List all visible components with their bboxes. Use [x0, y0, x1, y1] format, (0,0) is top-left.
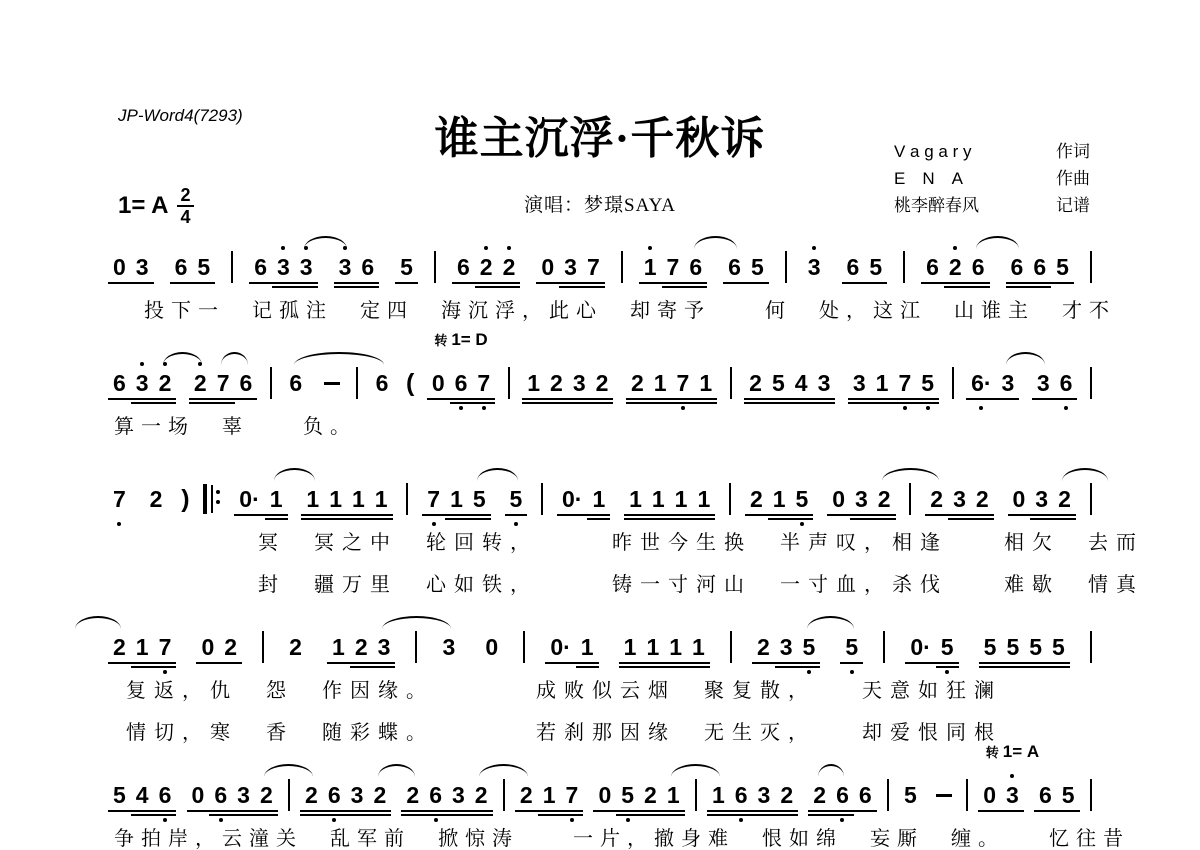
note: 5: [791, 486, 814, 512]
note: 6: [235, 370, 258, 396]
note: 2: [944, 254, 967, 280]
note: 2: [515, 782, 538, 808]
beam-group: 0·5: [905, 634, 958, 660]
note: 0: [108, 254, 131, 280]
note: 7: [893, 370, 916, 396]
slur: [75, 616, 121, 629]
credit-row: V a g a r y 作词: [894, 138, 1090, 165]
octave-dot-below: [432, 522, 436, 526]
notation-row: 036563336562203717665365626665: [108, 250, 1092, 284]
beam-group: 217: [515, 782, 583, 808]
note: 7: [672, 370, 695, 396]
beam-group: 2543: [744, 370, 835, 396]
barline: [406, 483, 408, 515]
note: 1: [687, 634, 710, 660]
note: 1: [664, 634, 687, 660]
slur: [378, 764, 415, 777]
note: 6: [854, 782, 877, 808]
note: 0: [196, 634, 219, 660]
slur: [274, 468, 315, 481]
beam-group: 0: [480, 634, 503, 660]
barline: [1090, 779, 1092, 811]
key-change-mark: 转1= D: [434, 330, 487, 350]
note: 5: [1057, 782, 1080, 808]
notation-row: 63227666(06712322171254331756·336转1= D: [108, 366, 1092, 400]
note: 7: [662, 254, 685, 280]
barline: [621, 251, 623, 283]
note: 6: [1055, 370, 1078, 396]
beam-group: [320, 382, 344, 385]
octave-dot-below: [926, 406, 930, 410]
beam-group: 217: [108, 634, 176, 660]
note: 1: [265, 486, 288, 512]
barline: [887, 779, 889, 811]
note: 1: [649, 370, 672, 396]
note: 1: [301, 486, 324, 512]
note: 2: [873, 486, 896, 512]
note: 2: [744, 370, 767, 396]
note: 5: [798, 634, 821, 660]
octave-dot-above: [484, 246, 488, 250]
note: 3: [753, 782, 776, 808]
beam-group: 65: [842, 254, 888, 280]
slur: [264, 764, 313, 777]
note: 1: [871, 370, 894, 396]
note: 7: [422, 486, 445, 512]
beam-group: 715: [422, 486, 490, 512]
octave-dot-below: [945, 670, 949, 674]
note: 2: [219, 634, 242, 660]
beam-group: 5: [505, 486, 528, 512]
note: 5: [767, 370, 790, 396]
note: 6: [1006, 254, 1029, 280]
credit-role: 记谱: [1056, 192, 1090, 219]
note: 0: [827, 486, 850, 512]
note: 3: [373, 634, 396, 660]
octave-dot-below: [163, 818, 167, 822]
note: 4: [790, 370, 813, 396]
beam-group: 276: [189, 370, 257, 396]
note: 1: [768, 486, 791, 512]
note: 2: [545, 370, 568, 396]
beam-group: 65: [170, 254, 216, 280]
note: 2: [255, 782, 278, 808]
note: 5: [864, 254, 887, 280]
beam-group: 6: [284, 370, 307, 396]
note: 3: [948, 486, 971, 512]
lyrics-line: 算一场 辜 负。: [108, 412, 1092, 442]
note: 2: [775, 782, 798, 808]
note: 6: [842, 254, 865, 280]
slur: [694, 236, 737, 249]
note: 6: [424, 782, 447, 808]
beam-group: 2171: [626, 370, 717, 396]
music-system: 217022123300·1111123550·55555复返，仇 怨 作因缘。…: [108, 630, 1092, 748]
note: 3: [803, 254, 826, 280]
beam-group: 36: [1032, 370, 1078, 396]
beam-group: 02: [196, 634, 242, 660]
note: 2: [498, 254, 521, 280]
slur: [882, 468, 938, 481]
music-system: 63227666(06712322171254331756·336转1= D算一…: [108, 366, 1092, 442]
octave-dot-below: [570, 818, 574, 822]
notation-row: 217022123300·1111123550·55555: [108, 630, 1092, 664]
note: 1: [522, 370, 545, 396]
time-signature: 2 4: [177, 186, 193, 227]
beam-group: 03: [108, 254, 154, 280]
octave-dot-above: [281, 246, 285, 250]
note: 1: [670, 486, 693, 512]
note: 0: [978, 782, 1001, 808]
beam-group: 5: [840, 634, 863, 660]
beam-group: 5555: [979, 634, 1070, 660]
barline: [1090, 631, 1092, 663]
note: 5: [1024, 634, 1047, 660]
note: 5: [899, 782, 922, 808]
note: 3: [850, 486, 873, 512]
barline: [730, 367, 732, 399]
note: 7: [154, 634, 177, 660]
note: 3: [1032, 370, 1055, 396]
note: 1: [576, 634, 599, 660]
note: 1: [707, 782, 730, 808]
barline: [730, 631, 732, 663]
music-system: 72)0·1111171550·11111215032232032冥 冥之中 轮…: [108, 482, 1092, 600]
note: 6: [1034, 782, 1057, 808]
note: 0: [187, 782, 210, 808]
barline: [508, 367, 510, 399]
barline: [523, 631, 525, 663]
octave-dot-below: [219, 818, 223, 822]
note: 0: [427, 370, 450, 396]
sheet-music-page: JP-Word4(7293) 谁主沉浮·千秋诉 演唱：梦璟SAYA 1= A 2…: [0, 0, 1200, 850]
octave-dot-below: [807, 670, 811, 674]
slur: [479, 764, 528, 777]
beam-group: 235: [752, 634, 820, 660]
note: 1: [694, 370, 717, 396]
octave-dot-above: [304, 246, 308, 250]
note: 0·: [557, 486, 587, 512]
note: 2: [401, 782, 424, 808]
beam-group: 0521: [593, 782, 684, 808]
barline: [434, 251, 436, 283]
barline: [1090, 483, 1092, 515]
note: 2: [189, 370, 212, 396]
note: 5: [1051, 254, 1074, 280]
beam-group: 5: [395, 254, 418, 280]
barline: [231, 251, 233, 283]
note: 2: [745, 486, 768, 512]
slur: [294, 352, 384, 365]
credit-row: E N A 作曲: [894, 165, 1090, 192]
octave-dot-below: [681, 406, 685, 410]
slur: [221, 352, 248, 365]
note: 2: [626, 370, 649, 396]
note: 1: [639, 254, 662, 280]
note: 5: [616, 782, 639, 808]
beam-group: 2632: [300, 782, 391, 808]
note: 6: [249, 254, 272, 280]
credits-block: V a g a r y 作词 E N A 作曲 桃李醉春风 记谱: [894, 138, 1090, 219]
note: 7: [108, 486, 131, 512]
octave-dot-above: [198, 362, 202, 366]
barline: [1090, 367, 1092, 399]
note: 5: [840, 634, 863, 660]
note: 5: [505, 486, 528, 512]
beam-group: 622: [452, 254, 520, 280]
note: 5: [979, 634, 1002, 660]
note: 3: [997, 370, 1020, 396]
beam-group: 1111: [624, 486, 715, 512]
octave-dot-below: [903, 406, 907, 410]
beam-group: 032: [827, 486, 895, 512]
credit-name: E N A: [894, 165, 963, 192]
note: 3: [559, 254, 582, 280]
beam-group: 36: [334, 254, 380, 280]
note: 3: [131, 370, 154, 396]
barline: [952, 367, 954, 399]
beam-group: 067: [427, 370, 495, 396]
beam-group: 7: [108, 486, 131, 512]
note: 2: [284, 634, 307, 660]
note: 3: [1030, 486, 1053, 512]
beam-group: 632: [108, 370, 176, 396]
key-change-value: 1= A: [1003, 742, 1039, 761]
note: 5: [108, 782, 131, 808]
octave-dot-below: [850, 670, 854, 674]
barline: [262, 631, 264, 663]
beam-group: [932, 794, 956, 797]
note: 5: [936, 634, 959, 660]
octave-dot-below: [840, 818, 844, 822]
note: 1: [662, 782, 685, 808]
slur: [163, 352, 202, 365]
parenthesis: (: [406, 370, 414, 396]
note: 1: [538, 782, 561, 808]
key-change-mark: 转1= A: [986, 742, 1039, 762]
note: 2: [154, 370, 177, 396]
beam-group: 1232: [522, 370, 613, 396]
note: 7: [582, 254, 605, 280]
beam-group: 3: [803, 254, 826, 280]
beam-group: 232: [925, 486, 993, 512]
note: 3: [295, 254, 318, 280]
note: 6: [154, 782, 177, 808]
note: 3: [438, 634, 461, 660]
octave-dot-above: [812, 246, 816, 250]
note: 5: [192, 254, 215, 280]
note: 0·: [234, 486, 264, 512]
octave-dot-above: [953, 246, 957, 250]
octave-dot-below: [332, 818, 336, 822]
octave-dot-below: [514, 522, 518, 526]
octave-dot-below: [1064, 406, 1068, 410]
lyrics-line: 情切，寒 香 随彩蝶。 若刹那因缘 无生灭， 却爱恨同根: [108, 718, 1092, 748]
note: 3: [334, 254, 357, 280]
barline: [288, 779, 290, 811]
note: 2: [591, 370, 614, 396]
dash-note: [324, 382, 340, 385]
note: 7: [560, 782, 583, 808]
beam-group: 032: [1008, 486, 1076, 512]
note: 1: [624, 486, 647, 512]
parenthesis: ): [181, 486, 189, 512]
note: 6: [1028, 254, 1051, 280]
beam-group: 266: [808, 782, 876, 808]
slur: [1006, 352, 1045, 365]
beam-group: 65: [723, 254, 769, 280]
tonic-label: 1= A: [118, 192, 168, 220]
note: 5: [468, 486, 491, 512]
barline: [909, 483, 911, 515]
meter-denominator: 4: [177, 205, 193, 227]
note: 3: [848, 370, 871, 396]
note: 0·: [545, 634, 575, 660]
slur: [477, 468, 518, 481]
note: 3: [775, 634, 798, 660]
note: 2: [1053, 486, 1076, 512]
notation-row: 5460632263226322170521163226650365转1= A: [108, 778, 1092, 812]
beam-group: 0·1: [545, 634, 598, 660]
notation-row: 72)0·1111171550·11111215032232032: [108, 482, 1092, 516]
note: 6: [967, 254, 990, 280]
lyrics-line: 复返，仇 怨 作因缘。 成败似云烟 聚复散， 天意如狂澜: [108, 676, 1092, 706]
beam-group: 0·1: [557, 486, 610, 512]
note: 3: [1001, 782, 1024, 808]
beam-group: 2: [284, 634, 307, 660]
barline: [503, 779, 505, 811]
credit-name: V a g a r y: [894, 138, 971, 165]
beam-group: 176: [639, 254, 707, 280]
note: 0: [1008, 486, 1031, 512]
note: 1: [347, 486, 370, 512]
note: 7: [212, 370, 235, 396]
note: 3: [131, 254, 154, 280]
note: 6: [450, 370, 473, 396]
credit-role: 作词: [1056, 138, 1090, 165]
key-change-prefix: 转: [434, 333, 447, 348]
note: 2: [145, 486, 168, 512]
note: 0: [593, 782, 616, 808]
barline: [695, 779, 697, 811]
octave-dot-above: [163, 362, 167, 366]
key-change-prefix: 转: [986, 745, 999, 760]
beam-group: 546: [108, 782, 176, 808]
note: 5: [395, 254, 418, 280]
beam-group: 123: [327, 634, 395, 660]
lyrics-line: 投下一 记孤注 定四 海沉浮，此心 却寄予 何 处，这江 山谁主 才不: [108, 296, 1092, 326]
octave-dot-below: [117, 522, 121, 526]
beam-group: 633: [249, 254, 317, 280]
note: 6: [284, 370, 307, 396]
note: 2: [470, 782, 493, 808]
note: 0: [480, 634, 503, 660]
octave-dot-above: [507, 246, 511, 250]
note: 5: [746, 254, 769, 280]
note: 1: [370, 486, 393, 512]
barline: [883, 631, 885, 663]
note: 1: [619, 634, 642, 660]
note: 6: [723, 254, 746, 280]
beam-group: 03: [978, 782, 1024, 808]
beam-group: 65: [1034, 782, 1080, 808]
octave-dot-below: [163, 670, 167, 674]
note: 6: [170, 254, 193, 280]
note: 4: [131, 782, 154, 808]
note: 2: [108, 634, 131, 660]
note: 0: [536, 254, 559, 280]
octave-dot-below: [800, 522, 804, 526]
credit-role: 作曲: [1056, 165, 1090, 192]
key-signature: 1= A 2 4: [118, 186, 194, 227]
beam-group: 626: [921, 254, 989, 280]
note: 6: [831, 782, 854, 808]
barline: [785, 251, 787, 283]
note: 1: [327, 634, 350, 660]
beam-group: 215: [745, 486, 813, 512]
barline: [541, 483, 543, 515]
beam-group: 2: [145, 486, 168, 512]
octave-dot-above: [343, 246, 347, 250]
beam-group: 1111: [301, 486, 392, 512]
note: 2: [752, 634, 775, 660]
key-change-value: 1= D: [451, 330, 487, 349]
note: 6: [356, 254, 379, 280]
note: 2: [971, 486, 994, 512]
barline: [966, 779, 968, 811]
note: 1: [324, 486, 347, 512]
note: 6: [730, 782, 753, 808]
dash-note: [936, 794, 952, 797]
note: 3: [232, 782, 255, 808]
note: 6: [209, 782, 232, 808]
note: 6: [684, 254, 707, 280]
note: 6: [108, 370, 131, 396]
beam-group: 5: [899, 782, 922, 808]
note: 1: [692, 486, 715, 512]
note: 3: [813, 370, 836, 396]
beam-group: 0632: [187, 782, 278, 808]
note: 1: [647, 486, 670, 512]
slur: [976, 236, 1019, 249]
slur: [671, 764, 720, 777]
beam-group: 3: [438, 634, 461, 660]
octave-dot-below: [739, 818, 743, 822]
note: 2: [639, 782, 662, 808]
note: 6: [323, 782, 346, 808]
note: 2: [350, 634, 373, 660]
note: 1: [641, 634, 664, 660]
beam-group: 037: [536, 254, 604, 280]
beam-group: 665: [1006, 254, 1074, 280]
octave-dot-above: [140, 362, 144, 366]
lyrics-line: 冥 冥之中 轮回转， 昨世今生换 半声叹，相逢 相欠 去而: [108, 528, 1092, 558]
octave-dot-below: [482, 406, 486, 410]
slur: [807, 616, 854, 629]
beam-group: 2632: [401, 782, 492, 808]
note: 5: [916, 370, 939, 396]
beam-group: 1111: [619, 634, 710, 660]
barline: [415, 631, 417, 663]
note: 2: [300, 782, 323, 808]
note: 6: [371, 370, 394, 396]
beam-group: 6: [371, 370, 394, 396]
slur: [1062, 468, 1108, 481]
note: 2: [475, 254, 498, 280]
note: 3: [447, 782, 470, 808]
slur: [818, 764, 845, 777]
octave-dot-below: [434, 818, 438, 822]
